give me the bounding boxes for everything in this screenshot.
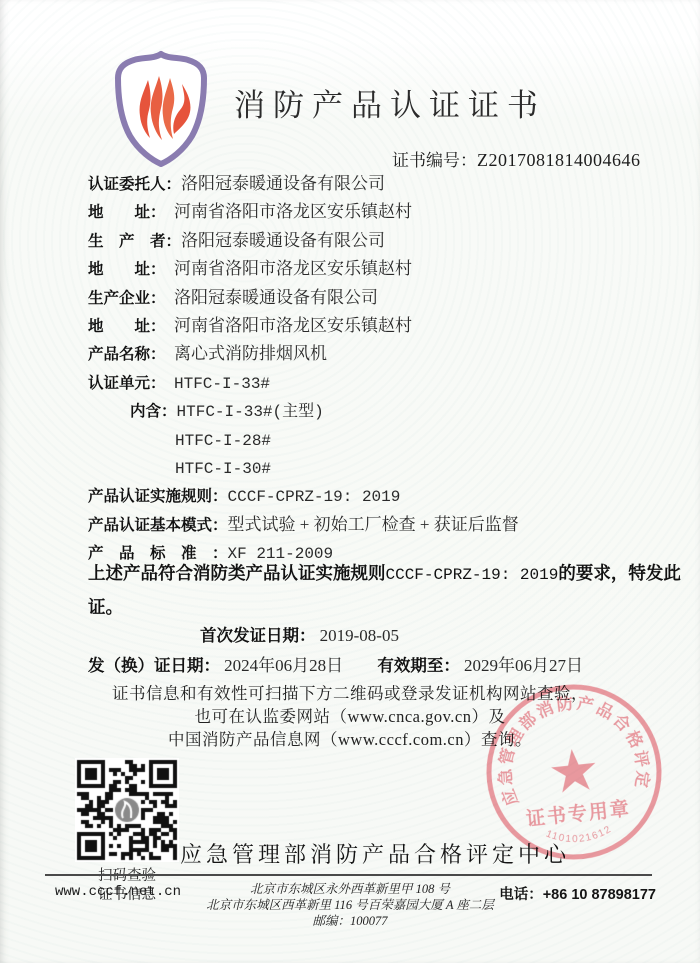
field-list: 认证委托人：洛阳冠泰暖通设备有限公司 地 址：河南省洛阳市洛龙区安乐镇赵村 生 … <box>88 170 668 567</box>
qr-code <box>75 758 179 862</box>
field-row-address-1: 地 址：河南省洛阳市洛龙区安乐镇赵村 <box>88 198 668 226</box>
compliance-statement: 上述产品符合消防类产品认证实施规则CCCF-CPRZ-19: 2019的要求，特… <box>88 557 688 623</box>
footer-phone: 电话：+86 10 87898177 <box>499 883 656 904</box>
field-row-included-main: 内含：HTFC-I-33#(主型) <box>88 397 668 425</box>
field-row-address-2: 地 址：河南省洛阳市洛龙区安乐镇赵村 <box>88 255 668 283</box>
valid-until-value: 2029年06月27日 <box>464 656 583 675</box>
statement-rule-code: CCCF-CPRZ-19: 2019 <box>386 566 559 584</box>
field-row-included-28: HTFC-I-28# <box>88 426 668 454</box>
field-row-manufacturer: 生产企业：洛阳冠泰暖通设备有限公司 <box>88 284 668 312</box>
reissue-date-row: 发（换）证日期： 2024年06月28日 有效期至： 2029年06月27日 <box>88 651 583 676</box>
first-issue-label: 首次发证日期： <box>200 627 316 645</box>
field-row-product-name: 产品名称：离心式消防排烟风机 <box>88 340 668 368</box>
field-row-address-3: 地 址：河南省洛阳市洛龙区安乐镇赵村 <box>88 312 668 340</box>
reissue-value: 2024年06月28日 <box>224 656 343 675</box>
page-title: 消防产品认证证书 <box>160 80 620 125</box>
stamp-star-icon: ★ <box>545 736 604 806</box>
field-row-cert-unit: 认证单元：HTFC-I-33# <box>88 369 668 397</box>
footer-address-line-2: 北京市东城区西革新里 116 号百荣嘉园大厦 A 座二层 <box>150 897 550 913</box>
official-seal-stamp: 应急管理部消防产品合格评定中心 ★ 证书专用章 11010216127041 <box>475 673 673 871</box>
footer-address-block: 北京市东城区永外西革新里甲 108 号 北京市东城区西革新里 116 号百荣嘉园… <box>150 881 550 929</box>
field-row-applicant: 认证委托人：洛阳冠泰暖通设备有限公司 <box>88 170 668 198</box>
certificate-number-value: Z2017081814004646 <box>477 150 641 170</box>
field-row-included-30: HTFC-I-30# <box>88 454 668 482</box>
valid-until-label: 有效期至： <box>377 657 460 675</box>
footer-address-line-1: 北京市东城区永外西革新里甲 108 号 <box>150 881 550 897</box>
field-row-implementation-rule: 产品认证实施规则：CCCF-CPRZ-19: 2019 <box>88 482 668 510</box>
first-issue-date-row: 首次发证日期： 2019-08-05 <box>200 622 399 646</box>
first-issue-value: 2019-08-05 <box>320 626 399 645</box>
statement-pre: 上述产品符合消防类产品认证实施规则 <box>88 563 386 583</box>
certificate-number-label: 证书编号： <box>392 151 477 170</box>
certificate-page: 消防产品认证证书 证书编号：Z2017081814004646 认证委托人：洛阳… <box>0 0 700 963</box>
reissue-label: 发（换）证日期： <box>88 657 220 675</box>
footer-divider <box>45 874 652 876</box>
footer-postcode: 邮编：100077 <box>150 913 550 929</box>
field-row-basic-mode: 产品认证基本模式：型式试验 + 初始工厂检查 + 获证后监督 <box>88 511 668 539</box>
certificate-number: 证书编号：Z2017081814004646 <box>392 146 641 171</box>
field-row-producer: 生 产 者：洛阳冠泰暖通设备有限公司 <box>88 227 668 255</box>
